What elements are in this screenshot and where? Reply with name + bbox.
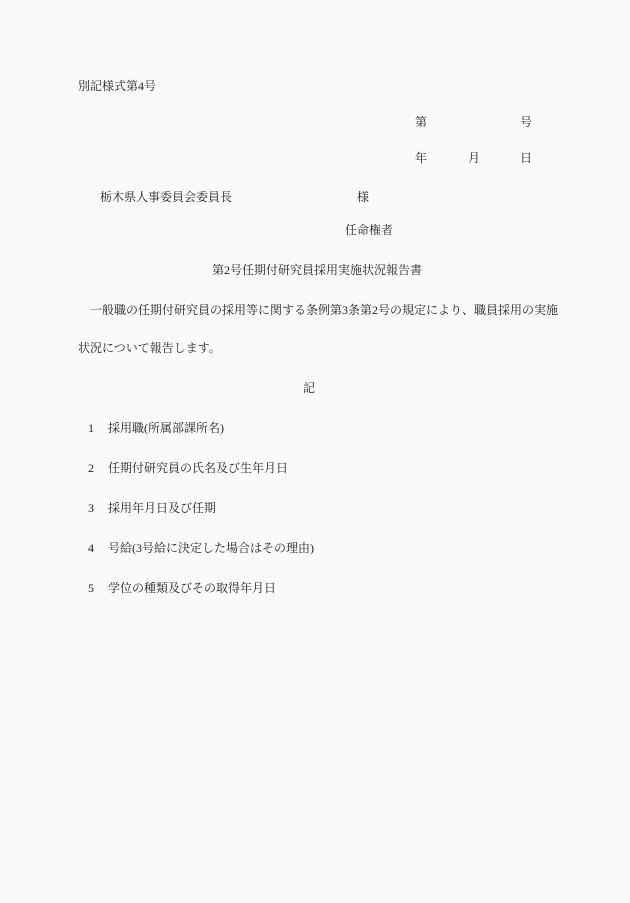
document-page: 別記様式第4号 第 号 年 月 日 栃木県人事委員会委員長 様 任命権者 第2号…: [0, 0, 630, 903]
list-item-text: 採用年月日及び任期: [108, 499, 216, 517]
body-paragraph-line1: 一般職の任期付研究員の採用等に関する条例第3条第2号の規定により、職員採用の実施: [90, 301, 558, 319]
doc-number-suffix: 号: [520, 113, 532, 131]
list-item-text: 任期付研究員の氏名及び生年月日: [108, 459, 288, 477]
list-item-number: 2: [88, 459, 94, 477]
form-label: 別記様式第4号: [78, 77, 156, 95]
list-item-number: 3: [88, 499, 94, 517]
body-paragraph-line2: 状況について報告します。: [78, 339, 221, 357]
sender-label: 任命権者: [345, 221, 393, 239]
list-item-text: 号給(3号給に決定した場合はその理由): [108, 539, 314, 557]
list-item-text: 学位の種類及びその取得年月日: [108, 579, 276, 597]
date-day-label: 日: [520, 149, 532, 167]
list-item-number: 5: [88, 579, 94, 597]
document-title: 第2号任期付研究員採用実施状況報告書: [212, 261, 422, 279]
date-year-label: 年: [415, 149, 427, 167]
addressee-name: 栃木県人事委員会委員長: [100, 188, 232, 206]
list-item-number: 4: [88, 539, 94, 557]
doc-number-prefix: 第: [415, 113, 427, 131]
list-item-number: 1: [88, 419, 94, 437]
addressee-honorific: 様: [357, 188, 369, 206]
record-marker: 記: [303, 379, 315, 397]
list-item-text: 採用職(所属部課所名): [108, 419, 224, 437]
date-month-label: 月: [468, 149, 480, 167]
